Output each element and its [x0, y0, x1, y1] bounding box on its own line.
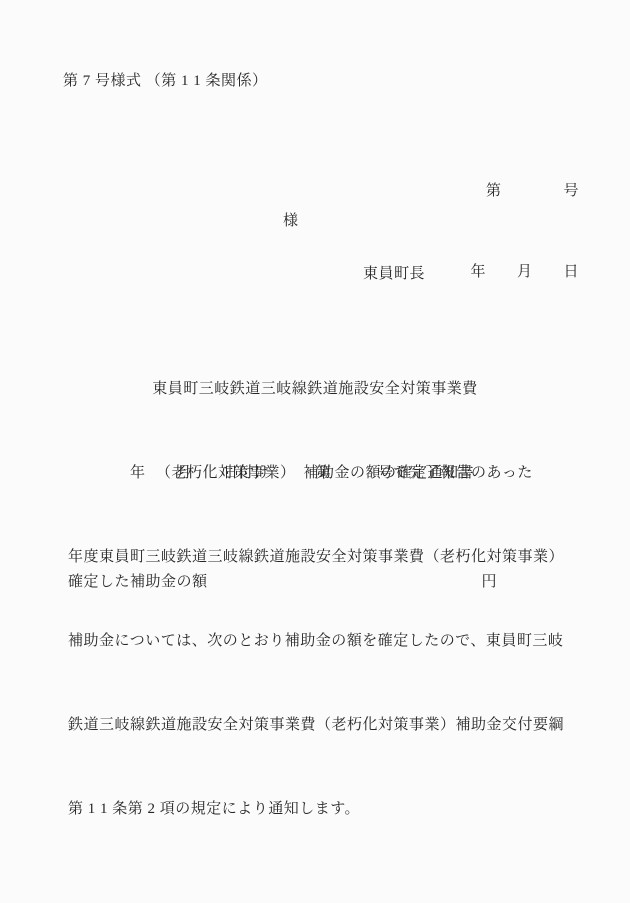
addressee-honorific: 様 — [283, 209, 299, 230]
body-line-3: 補助金については、次のとおり補助金の額を確定したので、東員町三岐 — [68, 627, 572, 655]
document-page: 第 7 号様式 （第 1 1 条関係） 第 号 年 月 日 様 東員町長 東員町… — [0, 0, 630, 903]
date-line: 年 月 日 — [470, 259, 579, 286]
amount-unit: 円 — [481, 570, 497, 591]
body-paragraph: 年 月 日付け 第 号で完了報告のあった 年度東員町三岐鉄道三岐線鉄道施設安全対… — [68, 403, 572, 879]
form-number: 第 7 号様式 （第 1 1 条関係） — [63, 69, 268, 90]
body-line-5: 第 1 1 条第 2 項の規定により通知します。 — [68, 795, 572, 823]
amount-label: 確定した補助金の額 — [68, 570, 208, 591]
body-line-1: 年 月 日付け 第 号で完了報告のあった — [68, 459, 572, 487]
sender-name: 東員町長 — [363, 262, 425, 283]
reference-block: 第 号 年 月 日 — [470, 124, 579, 340]
document-number-line: 第 号 — [470, 178, 579, 205]
body-line-4: 鉄道三岐線鉄道施設安全対策事業費（老朽化対策事業）補助金交付要綱 — [68, 711, 572, 739]
amount-row: 確定した補助金の額 円 — [68, 570, 497, 591]
body-line-2: 年度東員町三岐鉄道三岐線鉄道施設安全対策事業費（老朽化対策事業） — [68, 543, 572, 571]
title-line-1: 東員町三岐鉄道三岐線鉄道施設安全対策事業費 — [0, 375, 630, 403]
